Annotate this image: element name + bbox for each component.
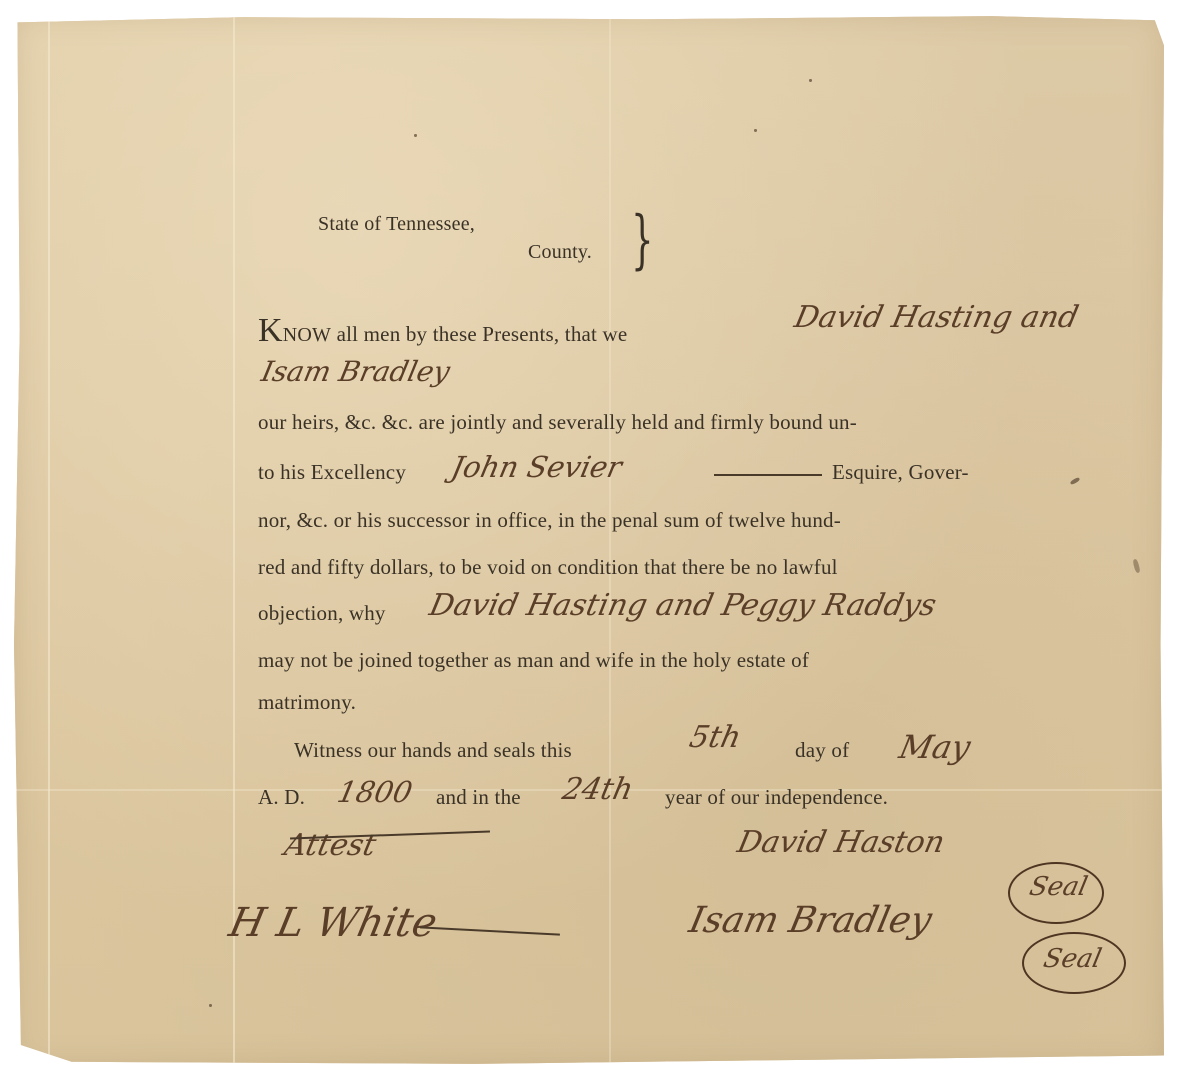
line1-text: all men by these Presents, that we bbox=[337, 322, 628, 346]
signature-david-haston: David Haston bbox=[734, 825, 948, 860]
body-line-7-prefix: objection, why bbox=[258, 601, 386, 626]
handwritten-month: May bbox=[896, 728, 974, 766]
ink-speck bbox=[209, 1004, 212, 1007]
seal-label-1: Seal bbox=[1027, 872, 1090, 902]
state-line: State of Tennessee, bbox=[318, 213, 475, 236]
signature-isam-bradley: Isam Bradley bbox=[686, 900, 936, 941]
body-line-3: our heirs, &c. &c. are jointly and sever… bbox=[258, 410, 857, 435]
signature-witness-white: H L White bbox=[225, 900, 441, 946]
handwritten-bound-parties: David Hasting and bbox=[791, 300, 1081, 335]
handwritten-couple: David Hasting and Peggy Raddys bbox=[426, 588, 939, 623]
handwritten-year: 1800 bbox=[334, 775, 415, 809]
small-caps: NOW bbox=[283, 324, 331, 346]
handwritten-governor: John Sevier bbox=[448, 450, 625, 484]
blank-rule bbox=[714, 474, 822, 476]
body-line-4-prefix: to his Excellency bbox=[258, 460, 406, 485]
witness-middle: day of bbox=[795, 738, 849, 763]
attest-label: Attest bbox=[281, 828, 379, 863]
ad-suffix: year of our independence. bbox=[665, 785, 888, 810]
brace-symbol: } bbox=[631, 208, 653, 272]
ink-speck bbox=[1070, 477, 1081, 485]
body-line-4-suffix: Esquire, Gover- bbox=[832, 460, 969, 485]
drop-cap: K bbox=[258, 312, 283, 349]
fold-line bbox=[48, 14, 50, 1066]
seal-label-2: Seal bbox=[1041, 944, 1104, 974]
ink-speck bbox=[754, 129, 757, 132]
body-line-6: red and fifty dollars, to be void on con… bbox=[258, 555, 838, 580]
body-line-8: may not be joined together as man and wi… bbox=[258, 648, 809, 673]
body-line-1: KNOW all men by these Presents, that we bbox=[258, 312, 627, 350]
body-line-5: nor, &c. or his successor in office, in … bbox=[258, 508, 841, 533]
handwritten-day: 5th bbox=[686, 720, 744, 755]
document-paper bbox=[14, 14, 1164, 1066]
ad-middle: and in the bbox=[436, 785, 521, 810]
ad-prefix: A. D. bbox=[258, 785, 305, 810]
handwritten-second-party: Isam Bradley bbox=[258, 355, 453, 388]
witness-prefix: Witness our hands and seals this bbox=[294, 738, 572, 763]
fold-line bbox=[609, 14, 611, 1066]
ink-speck bbox=[414, 134, 417, 137]
ink-speck bbox=[809, 79, 812, 82]
body-line-9: matrimony. bbox=[258, 690, 356, 715]
stain-mark bbox=[1132, 559, 1140, 574]
county-line: County. bbox=[528, 241, 592, 264]
handwritten-independence-year: 24th bbox=[559, 772, 636, 807]
